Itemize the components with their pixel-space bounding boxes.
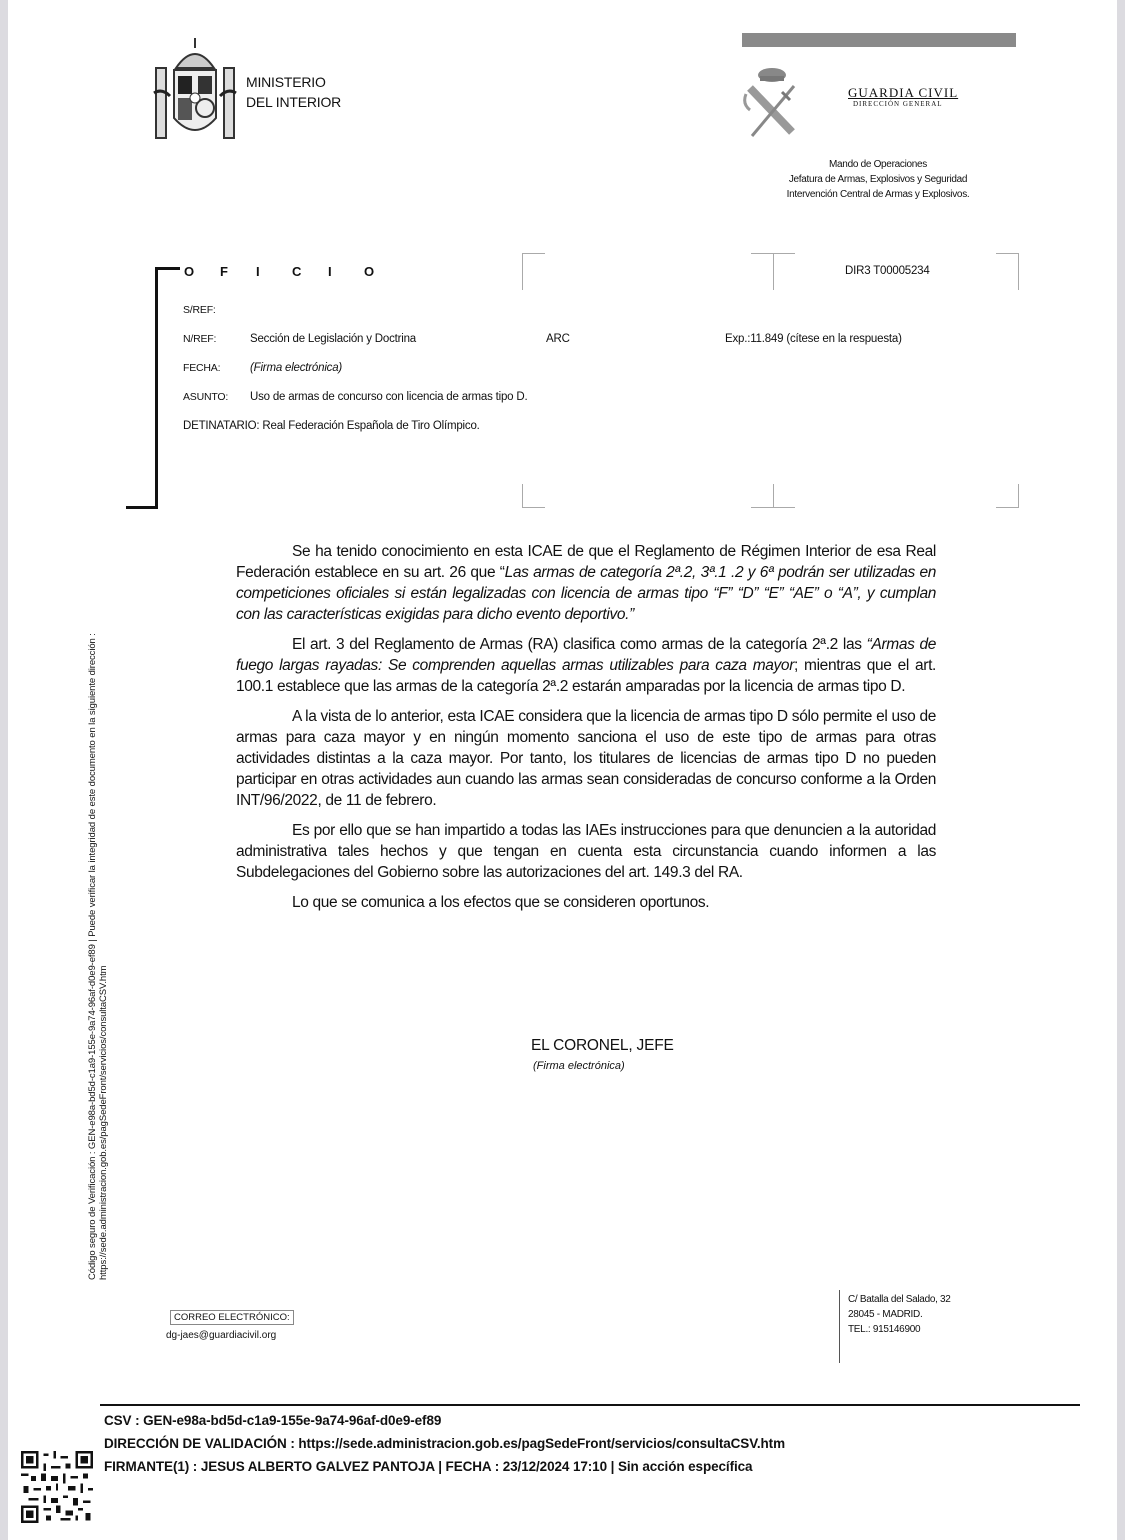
corner-mark (996, 253, 1019, 290)
org-subtitle: DIRECCIÓN GENERAL (853, 100, 943, 108)
header-grey-bar (742, 33, 1016, 47)
address-line: TEL.: 915146900 (848, 1322, 951, 1337)
ministry-line-1: MINISTERIO (246, 72, 341, 92)
paragraph-5: Lo que se comunica a los efectos que se … (236, 892, 936, 913)
issuing-unit: Mando de Operaciones Jefatura de Armas, … (748, 157, 1008, 202)
oficio-title: O F I C I O (184, 264, 400, 279)
corner-mark (522, 253, 545, 290)
asunto-label: ASUNTO: (183, 391, 228, 403)
fecha-label: FECHA: (183, 362, 220, 374)
corner-mark (522, 484, 545, 508)
letter-body: Se ha tenido conocimiento en esta ICAE d… (236, 541, 936, 922)
oficio-letter: I (328, 264, 364, 279)
validation-url[interactable]: DIRECCIÓN DE VALIDACIÓN : https://sede.a… (104, 1436, 785, 1451)
ministry-name: MINISTERIO DEL INTERIOR (246, 72, 341, 112)
unit-line: Mando de Operaciones (748, 157, 1008, 172)
spain-coat-of-arms-icon (150, 38, 240, 142)
unit-line: Intervención Central de Armas y Explosiv… (748, 187, 1008, 202)
side-verification-note: Código seguro de Verificación : GEN-e98a… (87, 490, 109, 1280)
nref-value: Sección de Legislación y Doctrina (250, 333, 416, 345)
address-divider (839, 1290, 840, 1363)
oficio-bracket (155, 267, 158, 509)
corner-mark (751, 484, 774, 508)
address-line: 28045 - MADRID. (848, 1307, 951, 1322)
oficio-letter: I (256, 264, 292, 279)
qr-code-icon (21, 1451, 93, 1523)
sref-label: S/REF: (183, 304, 216, 316)
unit-line: Jefatura de Armas, Explosivos y Segurida… (748, 172, 1008, 187)
asunto-value: Uso de armas de concurso con licencia de… (250, 391, 527, 403)
destinatario: DETINATARIO: Real Federación Española de… (183, 420, 480, 432)
oficio-letter: O (184, 264, 220, 279)
paragraph-1: Se ha tenido conocimiento en esta ICAE d… (236, 541, 936, 625)
nref-code: ARC (546, 333, 570, 345)
fecha-value: (Firma electrónica) (250, 362, 342, 374)
signature-note: (Firma electrónica) (533, 1060, 625, 1072)
postal-address: C/ Batalla del Salado, 32 28045 - MADRID… (848, 1292, 951, 1337)
corner-mark (996, 484, 1019, 508)
signature-title: EL CORONEL, JEFE (531, 1037, 674, 1055)
signer-info: FIRMANTE(1) : JESUS ALBERTO GALVEZ PANTO… (104, 1459, 752, 1474)
document-page: MINISTERIO DEL INTERIOR GUARDIA CIVIL DI… (8, 0, 1117, 1540)
email-label: CORREO ELECTRÓNICO: (170, 1310, 294, 1325)
org-title: GUARDIA CIVIL (848, 85, 958, 101)
corner-mark (773, 253, 795, 255)
paragraph-4: Es por ello que se han impartido a todas… (236, 820, 936, 883)
expediente-number: Exp.:11.849 (cítese en la respuesta) (725, 333, 902, 345)
paragraph-2: El art. 3 del Reglamento de Armas (RA) c… (236, 634, 936, 697)
side-note-line: Código seguro de Verificación : GEN-e98a… (87, 490, 98, 1280)
oficio-letter: C (292, 264, 328, 279)
paragraph-text: El art. 3 del Reglamento de Armas (RA) c… (292, 636, 867, 653)
oficio-bracket-top (155, 267, 180, 270)
csv-code: CSV : GEN-e98a-bd5d-c1a9-155e-9a74-96af-… (104, 1413, 441, 1428)
corner-mark (773, 506, 795, 508)
oficio-bracket-bottom (126, 506, 158, 509)
nref-label: N/REF: (183, 333, 216, 345)
address-line: C/ Batalla del Salado, 32 (848, 1292, 951, 1307)
dir3-code: DIR3 T00005234 (845, 265, 930, 277)
oficio-letter: O (364, 264, 400, 279)
corner-mark (751, 253, 774, 290)
guardia-civil-emblem-icon (742, 66, 802, 140)
footer-rule (100, 1404, 1080, 1406)
oficio-letter: F (220, 264, 256, 279)
paragraph-3: A la vista de lo anterior, esta ICAE con… (236, 706, 936, 811)
ministry-line-2: DEL INTERIOR (246, 92, 341, 112)
side-note-line: https://sede.administracion.gob.es/pagSe… (98, 490, 109, 1280)
email-address[interactable]: dg-jaes@guardiacivil.org (166, 1330, 276, 1341)
